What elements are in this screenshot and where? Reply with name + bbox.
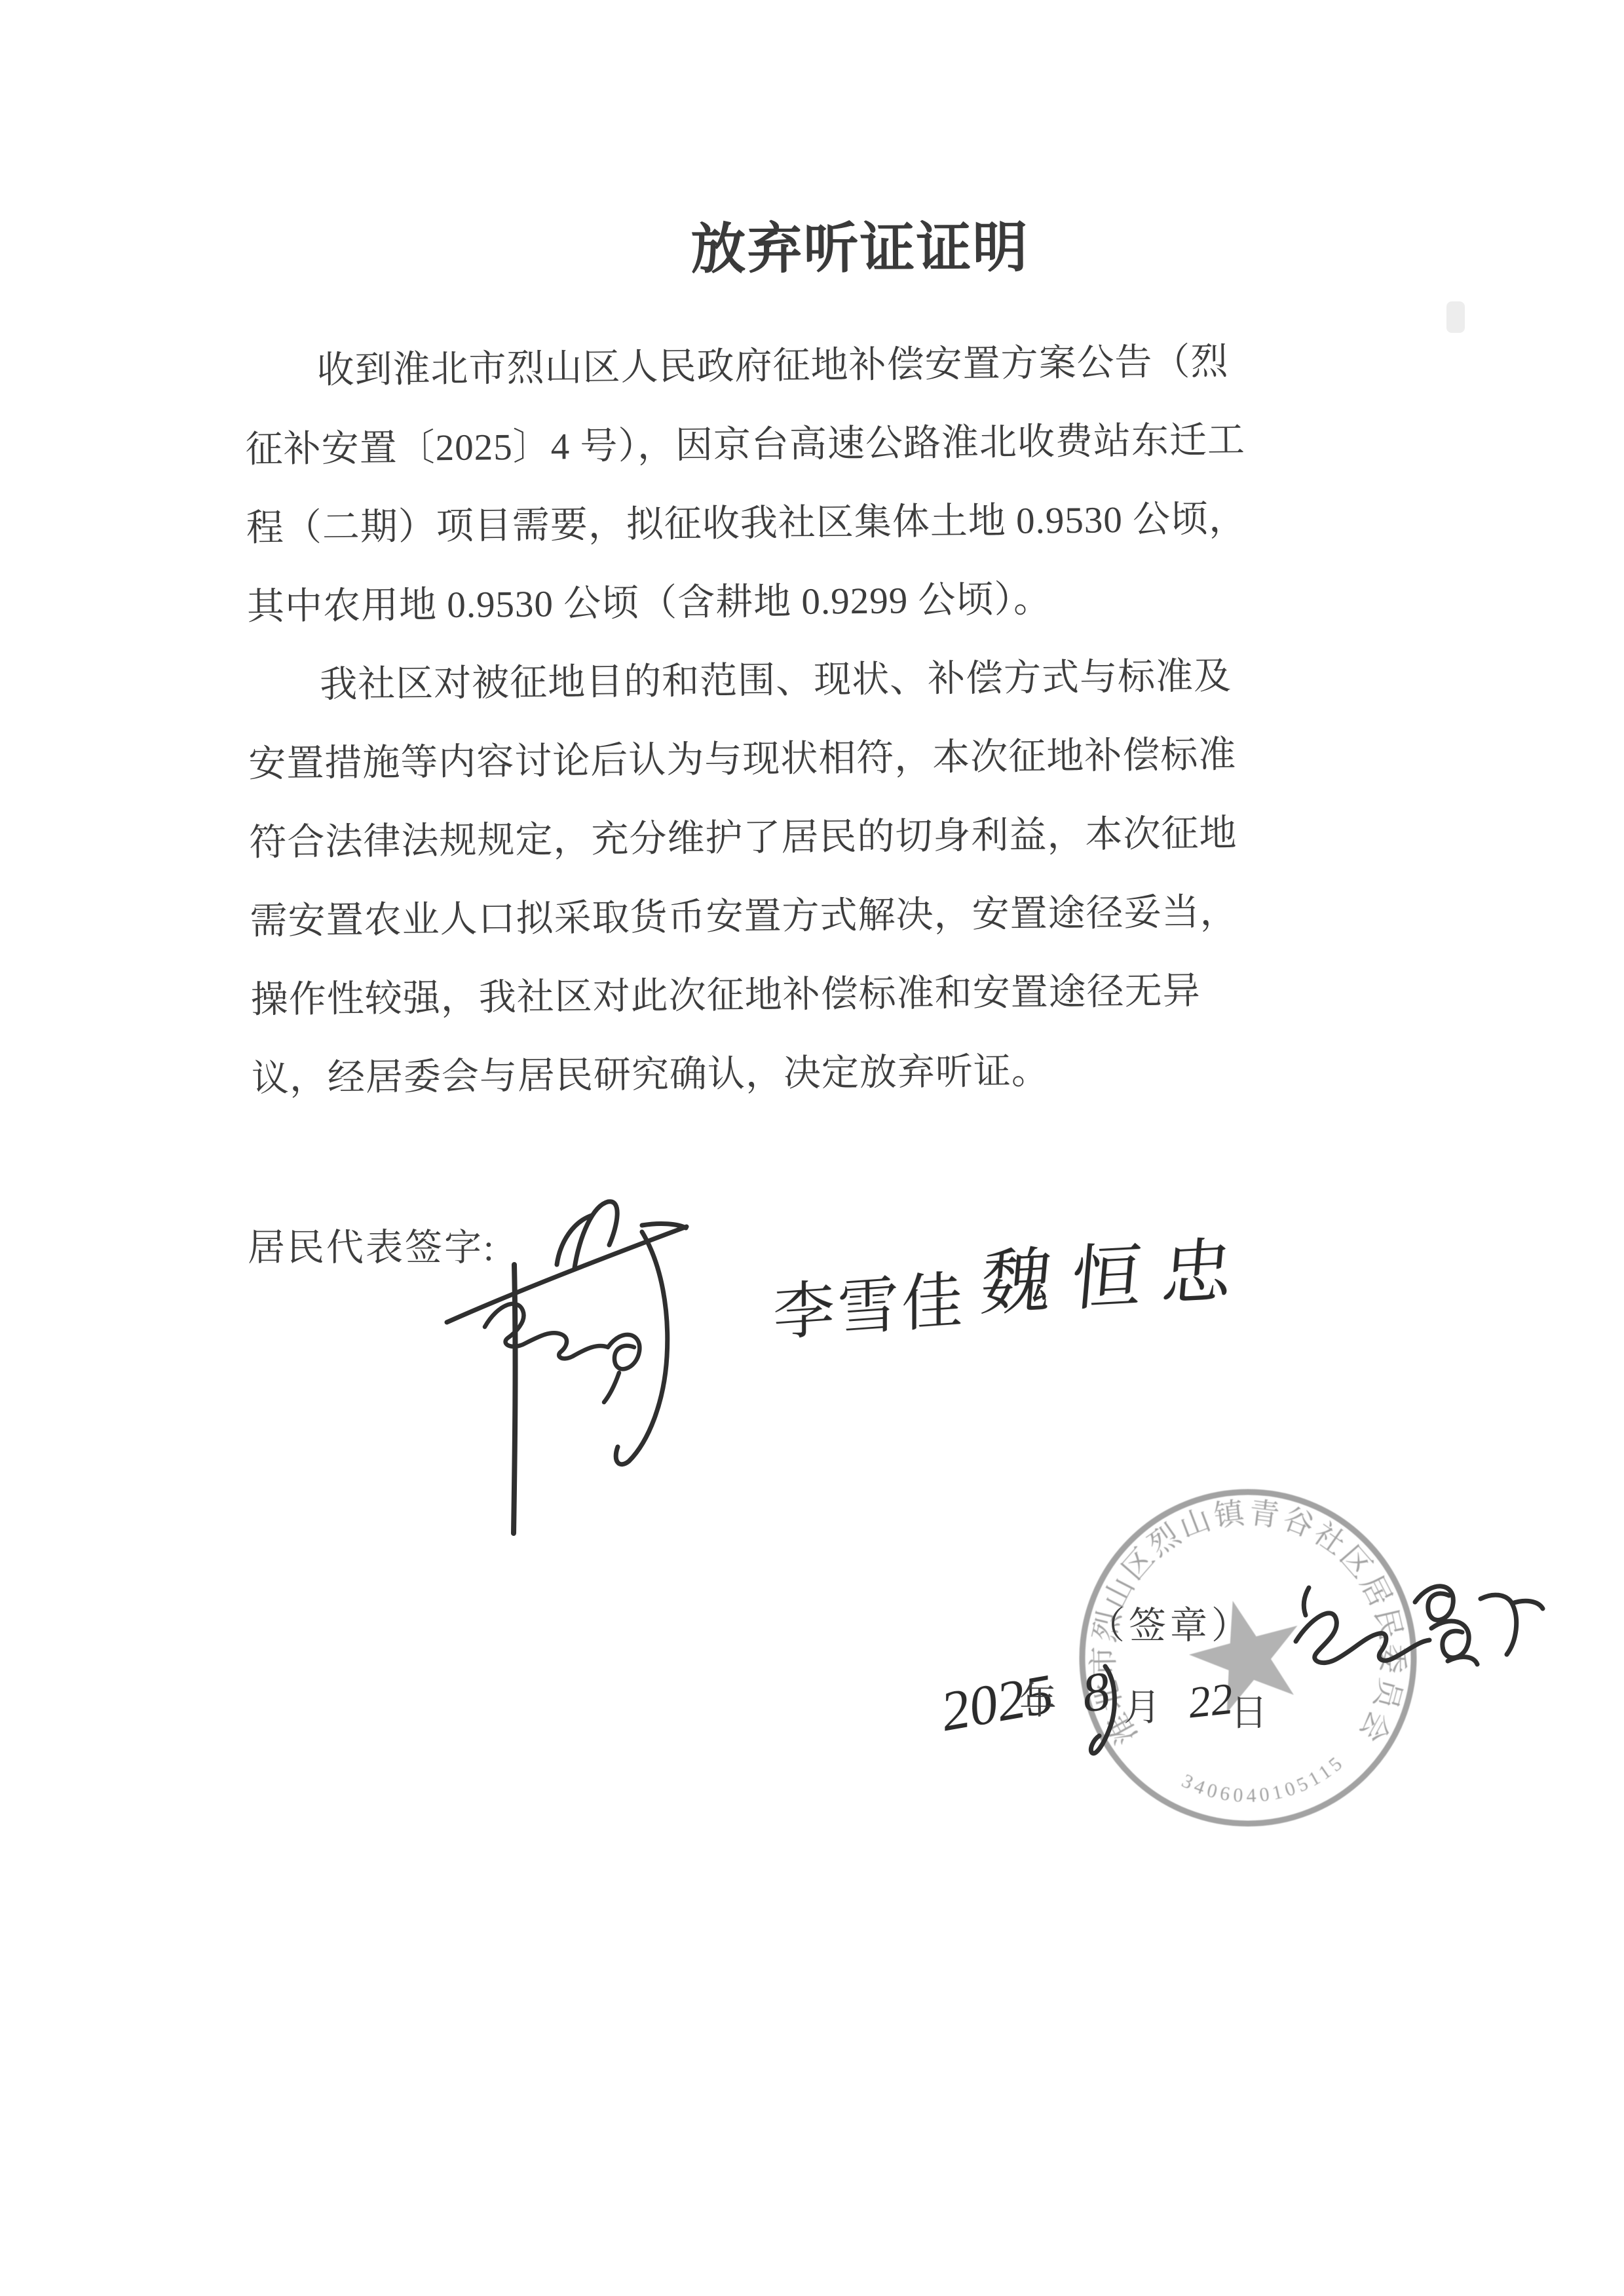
handwritten-name: 李雪佳 (773, 1250, 965, 1352)
document-body: 收到淮北市烈山区人民政府征地补偿安置方案公告（烈 征补安置〔2025〕4 号），… (244, 321, 1405, 1119)
date-year-suffix: 年 (1019, 1671, 1057, 1725)
document-title: 放弃听证证明 (0, 201, 1624, 288)
stamp-signature-ink (1284, 1563, 1559, 1694)
date-day-handwritten: 22 (1186, 1673, 1236, 1729)
stamp-code-holder: 3406040105115 (1179, 1750, 1350, 1807)
body-line: 议，经居委会与居民研究确认，决定放弃听证。 (251, 1029, 1405, 1119)
body-line: 操作性较强，我社区对此次征地补偿标准和安置途径无异 (250, 950, 1404, 1040)
date-day-suffix: 日 (1230, 1683, 1268, 1736)
scanned-document-page: 放弃听证证明 收到淮北市烈山区人民政府征地补偿安置方案公告（烈 征补安置〔202… (0, 0, 1624, 2296)
body-line: 征补安置〔2025〕4 号），因京台高速公路淮北收费站东迁工 (245, 400, 1399, 489)
body-line: 需安置农业人口拟采取货币安置方式解决，安置途径妥当， (250, 871, 1403, 961)
scan-artifact (1446, 301, 1465, 333)
body-line: 安置措施等内容讨论后认为与现状相符，本次征地补偿标准 (248, 714, 1402, 804)
stamp-code: 3406040105115 (1179, 1750, 1350, 1807)
handwritten-name: 魏恒忠 (977, 1213, 1256, 1330)
body-line: 我社区对被征地目的和范围、现状、补偿方式与标准及 (248, 636, 1401, 725)
body-line: 其中农用地 0.9530 公顷（含耕地 0.9299 公顷）。 (246, 557, 1400, 647)
seal-label: （签章） (1087, 1596, 1253, 1649)
body-line: 符合法律法规规定，充分维护了居民的切身利益，本次征地 (249, 793, 1403, 883)
month-digit-ink-tail (1078, 1655, 1137, 1772)
signature-ink-scrawl (432, 1186, 708, 1540)
body-line: 程（二期）项目需要，拟征收我社区集体土地 0.9530 公顷， (246, 478, 1399, 568)
body-line: 收到淮北市烈山区人民政府征地补偿安置方案公告（烈 (244, 321, 1398, 411)
